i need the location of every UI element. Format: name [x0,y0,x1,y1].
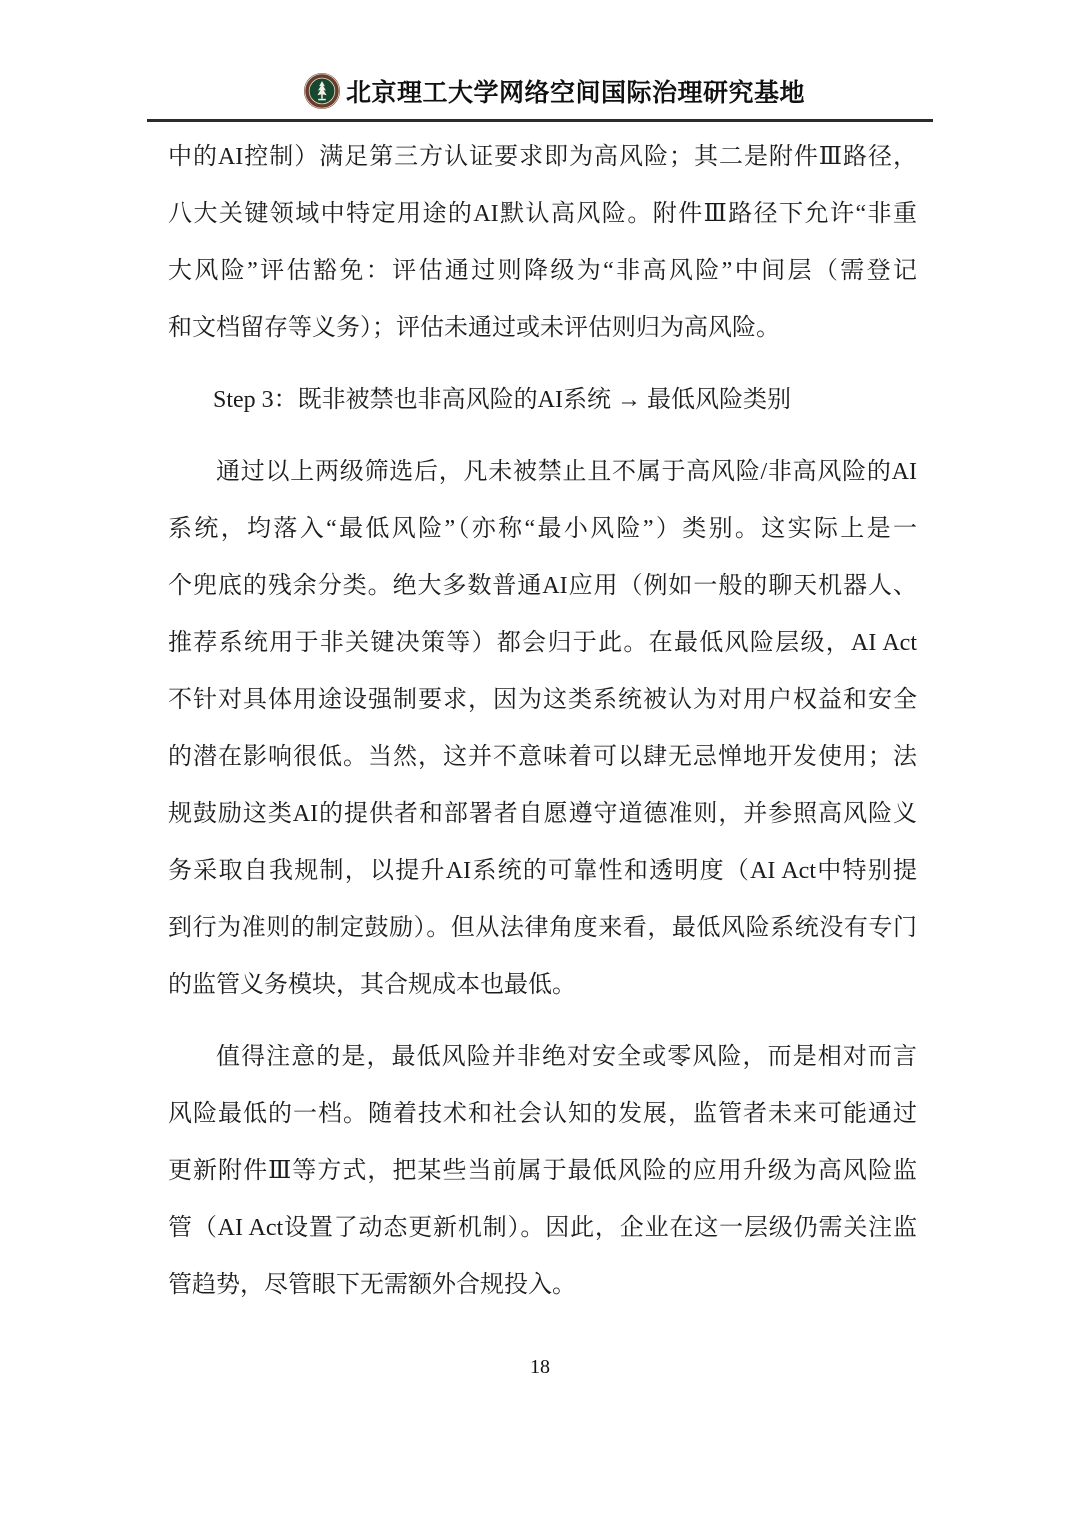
para-caution-note: 值得注意的是，最低风险并非绝对安全或零风险，而是相对而言风险最低的一档。随着技术… [168,1029,917,1314]
header-org-name: 北京理工大学网络空间国际治理研究基地 [346,73,805,109]
text-line: 和文档留存等义务）；评估未通过或未评估则归为高风险。 [168,300,917,357]
text-line: 管趋势，尽管眼下无需额外合规投入。 [168,1257,917,1314]
text-line: 到行为准则的制定鼓励）。但从法律角度来看，最低风险系统没有专门 [168,900,917,957]
text-line: 八大关键领域中特定用途的AI默认高风险。附件Ⅲ路径下允许“非重 [168,186,917,243]
header-divider [147,119,933,122]
bit-emblem-icon [303,72,341,110]
page-number: 18 [530,1356,550,1378]
text-line: 推荐系统用于非关键决策等）都会归于此。在最低风险层级，AI Act [168,615,917,672]
text-line: 风险最低的一档。随着技术和社会认知的发展，监管者未来可能通过 [168,1086,917,1143]
text-line: 的监管义务模块，其合规成本也最低。 [168,957,917,1014]
text-line: 大风险”评估豁免：评估通过则降级为“非高风险”中间层（需登记 [168,243,917,300]
text-line: 中的AI控制）满足第三方认证要求即为高风险；其二是附件Ⅲ路径， [168,129,917,186]
text-line: 个兜底的残余分类。绝大多数普通AI应用（例如一般的聊天机器人、 [168,558,917,615]
page-header: 北京理工大学网络空间国际治理研究基地 [14,72,1080,110]
text-line: Step 3：既非被禁也非高风险的AI系统 → 最低风险类别 [168,372,917,429]
text-line: 规鼓励这类AI的提供者和部署者自愿遵守道德准则，并参照高风险义 [168,786,917,843]
text-line: 的潜在影响很低。当然，这并不意味着可以肆无忌惮地开发使用；法 [168,729,917,786]
text-line: 务采取自我规制，以提升AI系统的可靠性和透明度（AI Act中特别提 [168,843,917,900]
document-body: 中的AI控制）满足第三方认证要求即为高风险；其二是附件Ⅲ路径，八大关键领域中特定… [168,129,917,1314]
para-minimal-risk: 通过以上两级筛选后，凡未被禁止且不属于高风险/非高风险的AI系统，均落入“最低风… [168,444,917,1014]
page-footer: 18 [0,1356,1080,1379]
text-line: 通过以上两级筛选后，凡未被禁止且不属于高风险/非高风险的AI [168,444,917,501]
text-line: 值得注意的是，最低风险并非绝对安全或零风险，而是相对而言 [168,1029,917,1086]
text-line: 管（AI Act设置了动态更新机制）。因此，企业在这一层级仍需关注监 [168,1200,917,1257]
step3-heading: Step 3：既非被禁也非高风险的AI系统 → 最低风险类别 [168,372,917,429]
text-line: 不针对具体用途设强制要求，因为这类系统被认为对用户权益和安全 [168,672,917,729]
para-highrisk-continuation: 中的AI控制）满足第三方认证要求即为高风险；其二是附件Ⅲ路径，八大关键领域中特定… [168,129,917,357]
text-line: 系统，均落入“最低风险”（亦称“最小风险”）类别。这实际上是一 [168,501,917,558]
text-line: 更新附件Ⅲ等方式，把某些当前属于最低风险的应用升级为高风险监 [168,1143,917,1200]
